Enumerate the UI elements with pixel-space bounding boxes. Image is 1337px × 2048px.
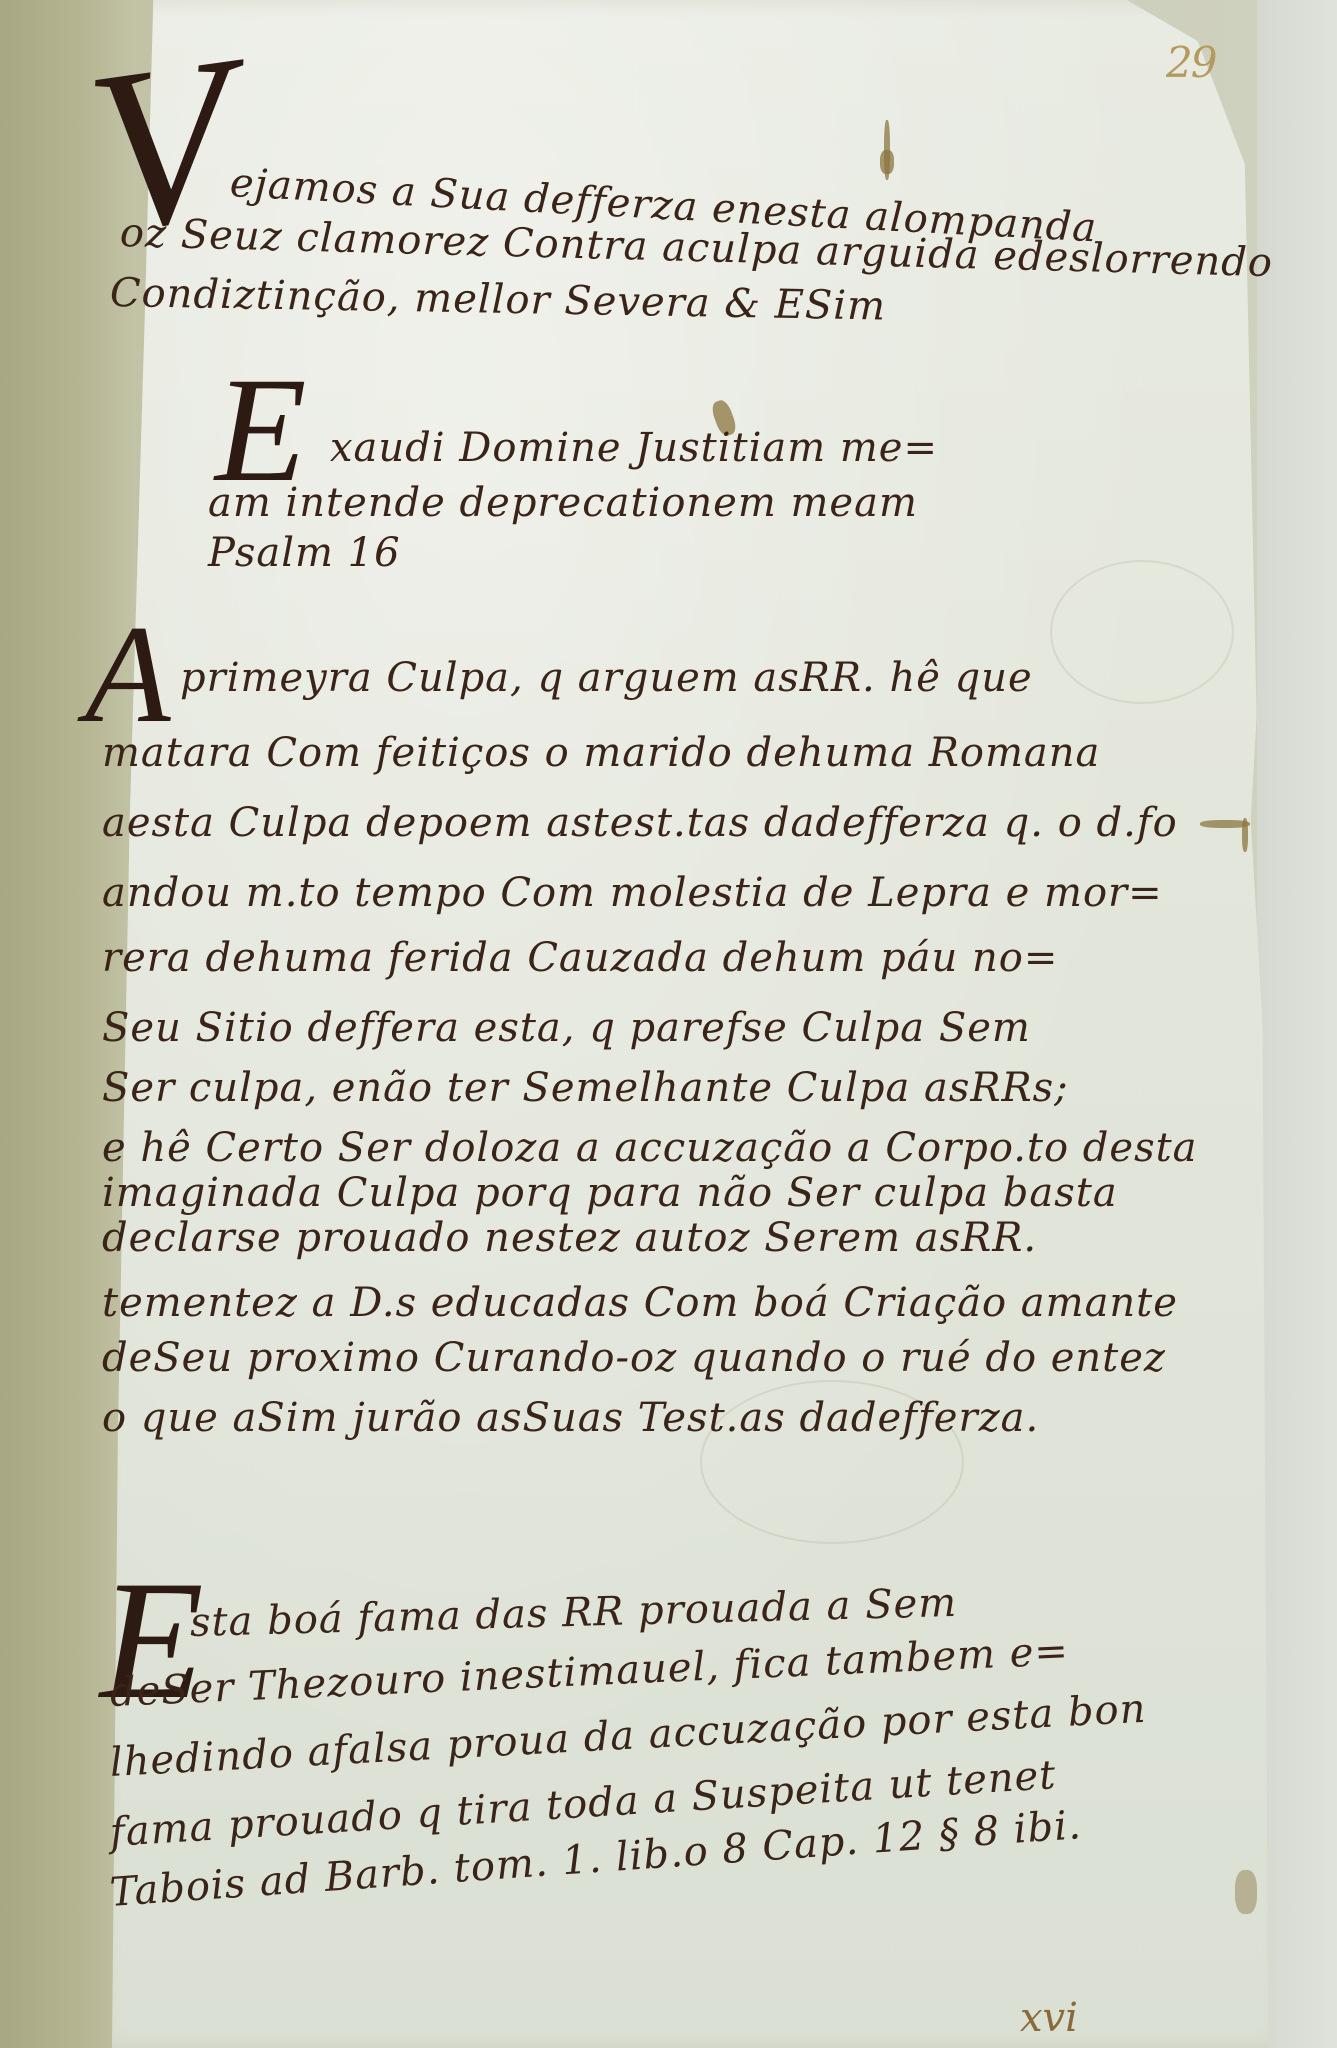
- text-line: aesta Culpa depoem astest.tas dadefferza…: [102, 800, 1178, 846]
- text-line: primeyra Culpa, q arguem asRR. hê que: [180, 655, 1033, 701]
- bottom-mark: xvi: [1020, 1995, 1078, 2041]
- text-line: o que aSim jurão asSuas Test.as dadeffer…: [102, 1395, 1039, 1441]
- folio-number: 29: [1166, 38, 1215, 87]
- text-line: e hê Certo Ser doloza a accuzação a Corp…: [102, 1125, 1198, 1171]
- text-line: andou m.to tempo Com molestia de Lepra e…: [102, 870, 1163, 916]
- dropcap-paragraph-1: A: [85, 605, 171, 745]
- bleed-through-mark: [1050, 560, 1234, 704]
- ink-stain: [1235, 1870, 1257, 1914]
- ink-stain: [1242, 818, 1248, 852]
- text-line: Psalm 16: [208, 530, 401, 576]
- text-line: am intende deprecationem meam: [208, 480, 918, 526]
- text-line: matara Com feitiços o marido dehuma Roma…: [102, 730, 1100, 776]
- text-line: Ser culpa, enão ter Semelhante Culpa asR…: [102, 1065, 1069, 1111]
- text-line: declarse prouado nestez autoz Serem asRR…: [102, 1215, 1037, 1261]
- text-line: rera dehuma ferida Cauzada dehum páu no=: [102, 935, 1058, 981]
- text-line: tementez a D.s educadas Com boá Criação …: [102, 1280, 1178, 1326]
- text-line: imaginada Culpa porq para não Ser culpa …: [102, 1170, 1118, 1216]
- text-line: deSeu proximo Curando-oz quando o rué do…: [102, 1335, 1166, 1381]
- ink-stain: [880, 150, 894, 174]
- background-right: [1257, 0, 1337, 2048]
- text-line: Seu Sitio deffera esta, q parefse Culpa …: [102, 1005, 1031, 1051]
- text-line: xaudi Domine Justitiam me=: [330, 425, 938, 471]
